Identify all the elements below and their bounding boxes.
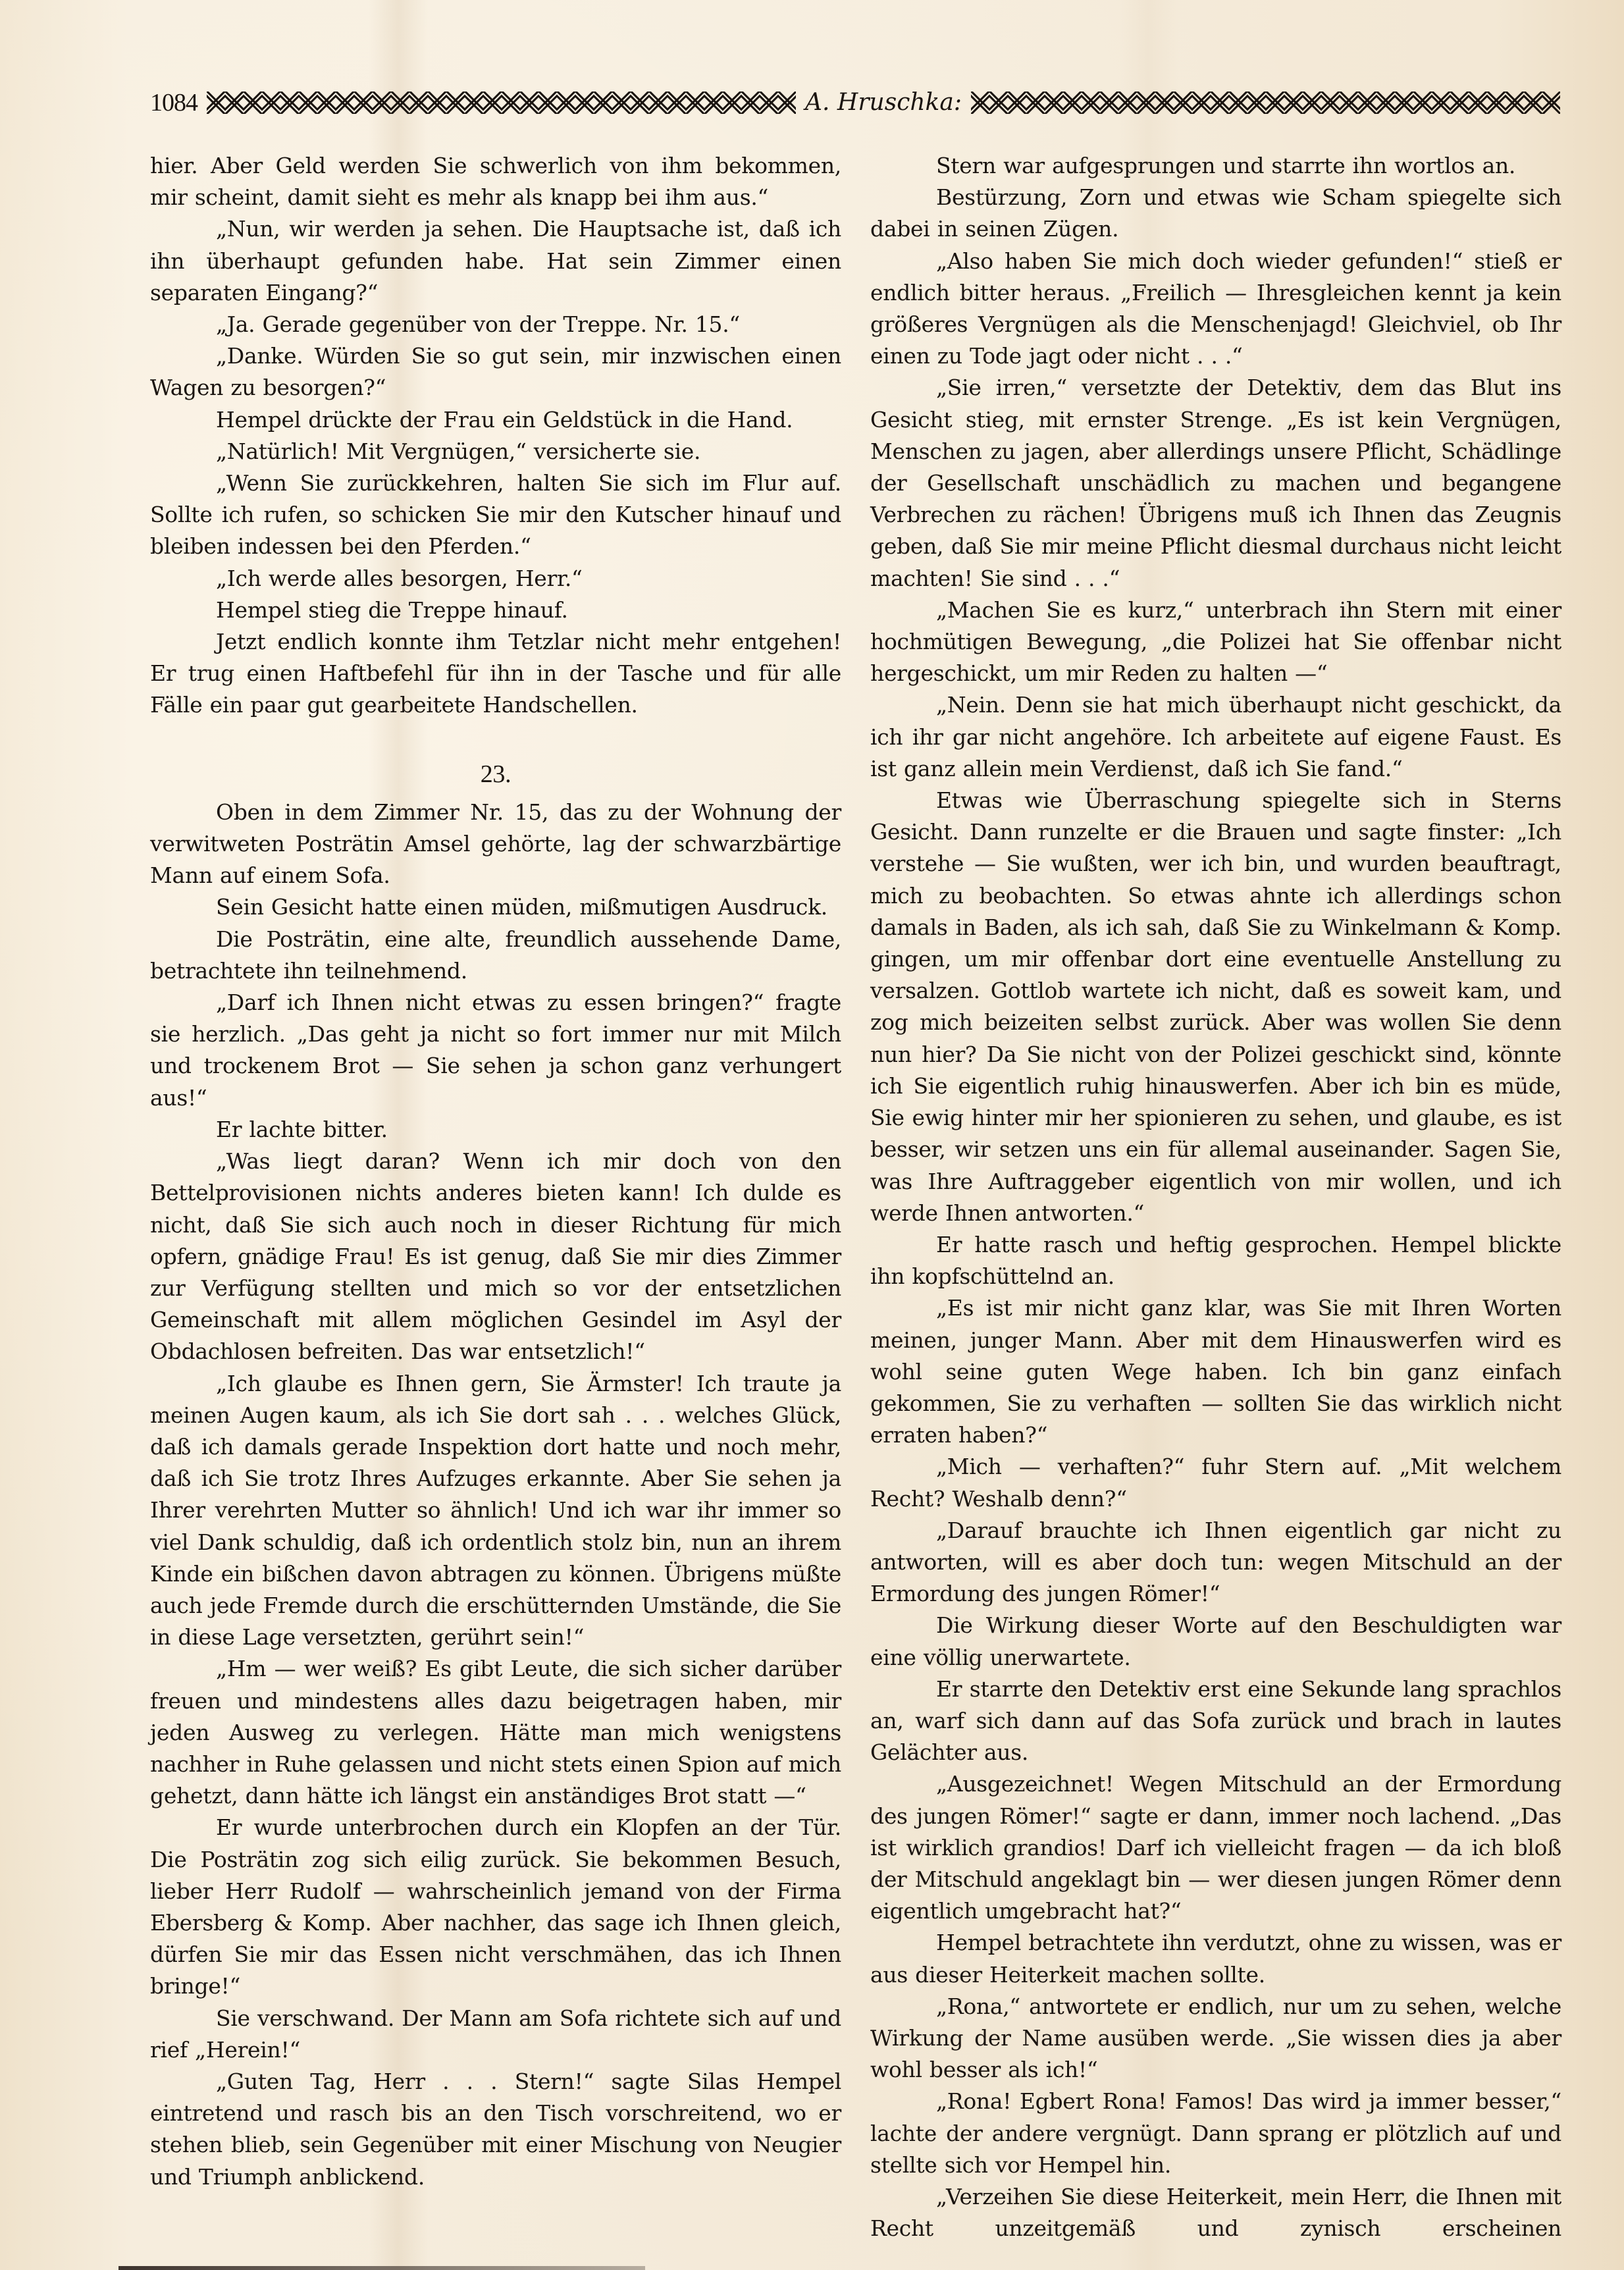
book-page: 1084 A. Hruschka: hier. Aber Geld werden… [0, 0, 1624, 2270]
paragraph: Jetzt endlich konnte ihm Tetzlar nicht m… [150, 626, 841, 722]
diamond-chain-ornament-icon [207, 92, 796, 114]
paragraph: „Ausgezeichnet! Wegen Mitschuld an der E… [870, 1768, 1561, 1927]
paragraph: Die Wirkung dieser Worte auf den Beschul… [870, 1610, 1561, 1673]
left-column: hier. Aber Geld werden Sie schwerlich vo… [150, 150, 841, 2193]
paragraph: „Ich glaube es Ihnen gern, Sie Ärmster! … [150, 1368, 841, 1654]
paragraph: Hempel stieg die Treppe hinauf. [150, 594, 841, 626]
running-head: 1084 A. Hruschka: [150, 87, 1560, 119]
paragraph: Bestürzung, Zorn und etwas wie Scham spi… [870, 182, 1561, 245]
paragraph: Er starrte den Detektiv erst eine Sekund… [870, 1674, 1561, 1769]
paragraph: „Nein. Denn sie hat mich überhaupt nicht… [870, 689, 1561, 785]
paragraph: „Darf ich Ihnen nicht etwas zu essen bri… [150, 987, 841, 1114]
diamond-chain-ornament-icon [971, 92, 1560, 114]
paragraph: Oben in dem Zimmer Nr. 15, das zu der Wo… [150, 797, 841, 892]
paragraph: „Ja. Gerade gegenüber von der Treppe. Nr… [150, 309, 841, 340]
paragraph: „Ich werde alles besorgen, Herr.“ [150, 563, 841, 594]
paragraph: Er lachte bitter. [150, 1114, 841, 1146]
paragraph: „Guten Tag, Herr . . . Stern!“ sagte Sil… [150, 2066, 841, 2193]
paragraph: „Rona,“ antwortete er endlich, nur um zu… [870, 1991, 1561, 2086]
chapter-number: 23. [150, 758, 841, 790]
paragraph: „Rona! Egbert Rona! Famos! Das wird ja i… [870, 2086, 1561, 2181]
author-name: A. Hruschka: [805, 87, 962, 119]
paragraph: Er wurde unterbrochen durch ein Klopfen … [150, 1812, 841, 2002]
paragraph: „Mich — verhaften?“ fuhr Stern auf. „Mit… [870, 1451, 1561, 1514]
paragraph: „Verzeihen Sie diese Heiterkeit, mein He… [870, 2181, 1561, 2244]
paragraph: Sie verschwand. Der Mann am Sofa richtet… [150, 2003, 841, 2066]
paragraph: „Danke. Würden Sie so gut sein, mir inzw… [150, 340, 841, 404]
paragraph: Sein Gesicht hatte einen müden, mißmutig… [150, 891, 841, 923]
paragraph: „Was liegt daran? Wenn ich mir doch von … [150, 1146, 841, 1367]
paragraph: „Natürlich! Mit Vergnügen,“ versicherte … [150, 436, 841, 467]
right-column: Stern war aufgesprungen und starrte ihn … [870, 150, 1561, 2244]
paragraph: „Es ist mir nicht ganz klar, was Sie mit… [870, 1292, 1561, 1451]
page-number: 1084 [150, 87, 197, 119]
paragraph: „Machen Sie es kurz,“ unterbrach ihn Ste… [870, 594, 1561, 690]
paragraph: hier. Aber Geld werden Sie schwerlich vo… [150, 150, 841, 213]
paragraph: Er hatte rasch und heftig gesprochen. He… [870, 1229, 1561, 1292]
paragraph: „Nun, wir werden ja sehen. Die Hauptsach… [150, 213, 841, 309]
paragraph: Etwas wie Überraschung spiegelte sich in… [870, 785, 1561, 1229]
paragraph: Hempel betrachtete ihn verdutzt, ohne zu… [870, 1927, 1561, 1990]
page-bottom-edge [118, 2266, 645, 2270]
paragraph: „Wenn Sie zurückkehren, halten Sie sich … [150, 467, 841, 563]
paragraph: Die Posträtin, eine alte, freundlich aus… [150, 924, 841, 987]
paragraph: „Hm — wer weiß? Es gibt Leute, die sich … [150, 1653, 841, 1812]
paragraph: Hempel drückte der Frau ein Geldstück in… [150, 404, 841, 436]
paragraph: „Sie irren,“ versetzte der Detektiv, dem… [870, 372, 1561, 594]
paragraph: „Darauf brauchte ich Ihnen eigentlich ga… [870, 1515, 1561, 1610]
paragraph: „Also haben Sie mich doch wieder gefunde… [870, 246, 1561, 373]
paragraph: Stern war aufgesprungen und starrte ihn … [870, 150, 1561, 182]
